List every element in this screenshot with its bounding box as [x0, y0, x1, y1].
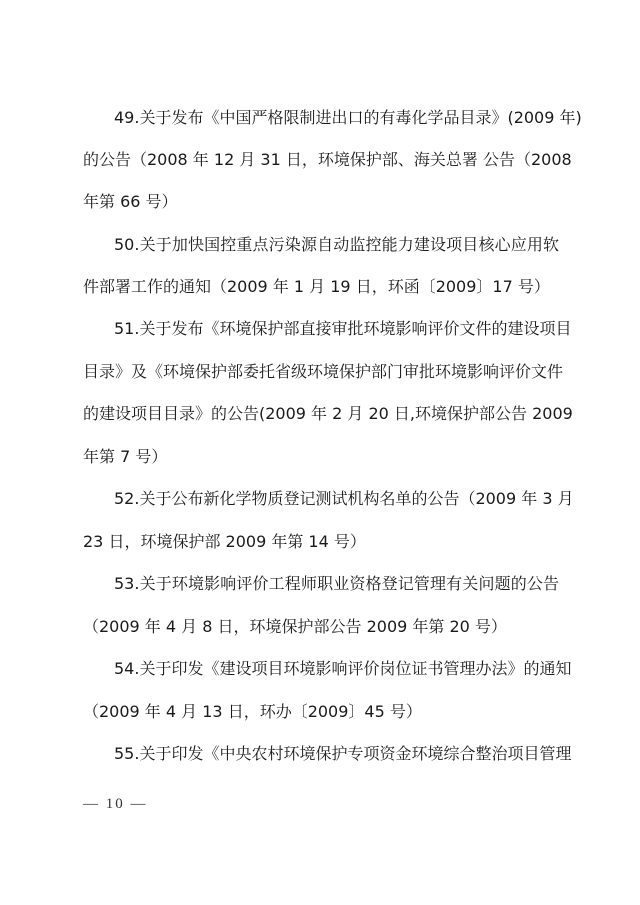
entry-line: 年第 7 号） — [83, 445, 559, 469]
entry-line: 55.关于印发《中央农村环境保护专项资金环境综合整治项目管理 — [114, 742, 559, 766]
entry-line: 的公告（2008 年 12 月 31 日，环境保护部、海关总署 公告（2008 — [83, 148, 559, 172]
entry-line: 目录》及《环境保护部委托省级环境保护部门审批环境影响评价文件 — [83, 360, 559, 384]
document-page: 49.关于发布《中国严格限制进出口的有毒化学品目录》(2009 年) 的公告（2… — [0, 0, 640, 905]
entry-line: 年第 66 号） — [83, 190, 559, 214]
entry-line: 54.关于印发《建设项目环境影响评价岗位证书管理办法》的通知 — [114, 657, 559, 681]
entry-line: 件部署工作的通知（2009 年 1 月 19 日，环函〔2009〕17 号） — [83, 275, 559, 299]
entry-line: 51.关于发布《环境保护部直接审批环境影响评价文件的建设项目 — [114, 317, 559, 341]
entry-line: 53.关于环境影响评价工程师职业资格登记管理有关问题的公告 — [114, 572, 559, 596]
entry-line: 23 日，环境保护部 2009 年第 14 号） — [83, 530, 559, 554]
entry-line: 的建设项目目录》的公告(2009 年 2 月 20 日,环境保护部公告 2009 — [83, 402, 559, 426]
entry-line: （2009 年 4 月 8 日，环境保护部公告 2009 年第 20 号） — [83, 615, 559, 639]
entry-line: 52.关于公布新化学物质登记测试机构名单的公告（2009 年 3 月 — [114, 487, 559, 511]
entry-line: 49.关于发布《中国严格限制进出口的有毒化学品目录》(2009 年) — [114, 106, 559, 130]
entry-line: 50.关于加快国控重点污染源自动监控能力建设项目核心应用软 — [114, 233, 559, 257]
page-number: — 10 — — [83, 796, 148, 813]
entry-line: （2009 年 4 月 13 日，环办〔2009〕45 号） — [83, 700, 559, 724]
